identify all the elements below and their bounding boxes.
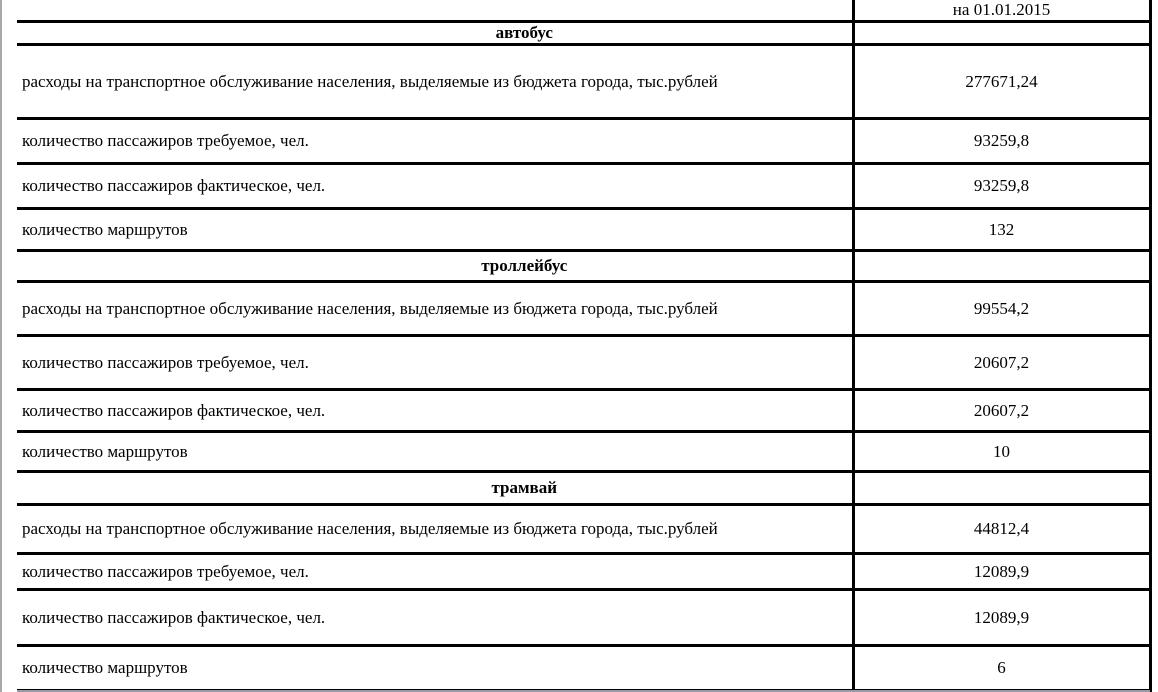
row-value: 20607,2 — [853, 390, 1150, 432]
table-row: количество пассажиров фактическое, чел. … — [17, 590, 1150, 646]
row-value: 12089,9 — [853, 590, 1150, 646]
section-title: троллейбус — [17, 251, 853, 282]
table-row: количество пассажиров фактическое, чел. … — [17, 390, 1150, 432]
row-value: 12089,9 — [853, 554, 1150, 590]
row-value: 44812,4 — [853, 505, 1150, 554]
table-row: количество маршрутов 10 — [17, 432, 1150, 472]
row-label: количество маршрутов — [17, 646, 853, 691]
row-label: количество пассажиров требуемое, чел. — [17, 119, 853, 164]
transport-data-table: на 01.01.2015 автобус расходы на транспо… — [17, 0, 1152, 692]
section-value-cell — [853, 22, 1150, 45]
table-row: количество маршрутов 6 — [17, 646, 1150, 691]
section-header-trolleybus: троллейбус — [17, 251, 1150, 282]
row-value: 93259,8 — [853, 164, 1150, 209]
table-row: расходы на транспортное обслуживание нас… — [17, 282, 1150, 336]
section-value-cell — [853, 251, 1150, 282]
row-value: 20607,2 — [853, 336, 1150, 390]
table-row: количество пассажиров требуемое, чел. 12… — [17, 554, 1150, 590]
row-label: количество маршрутов — [17, 432, 853, 472]
section-header-tram: трамвай — [17, 472, 1150, 505]
row-label: количество пассажиров требуемое, чел. — [17, 554, 853, 590]
row-label: расходы на транспортное обслуживание нас… — [17, 505, 853, 554]
row-value: 10 — [853, 432, 1150, 472]
row-label: расходы на транспортное обслуживание нас… — [17, 45, 853, 119]
section-title: автобус — [17, 22, 853, 45]
section-value-cell — [853, 472, 1150, 505]
row-label: количество маршрутов — [17, 209, 853, 251]
section-title: трамвай — [17, 472, 853, 505]
row-value: 99554,2 — [853, 282, 1150, 336]
row-label: количество пассажиров фактическое, чел. — [17, 164, 853, 209]
row-value: 6 — [853, 646, 1150, 691]
table-row: количество пассажиров требуемое, чел. 20… — [17, 336, 1150, 390]
table-row: расходы на транспортное обслуживание нас… — [17, 45, 1150, 119]
table-row: количество пассажиров требуемое, чел. 93… — [17, 119, 1150, 164]
row-value: 277671,24 — [853, 45, 1150, 119]
row-label: количество пассажиров требуемое, чел. — [17, 336, 853, 390]
row-label: количество пассажиров фактическое, чел. — [17, 590, 853, 646]
row-label: расходы на транспортное обслуживание нас… — [17, 282, 853, 336]
table-row: количество пассажиров фактическое, чел. … — [17, 164, 1150, 209]
header-label-cell — [17, 0, 853, 22]
table-row: количество маршрутов 132 — [17, 209, 1150, 251]
section-header-bus: автобус — [17, 22, 1150, 45]
page-left-edge — [0, 0, 2, 692]
header-date-cell: на 01.01.2015 — [853, 0, 1150, 22]
table-header-row: на 01.01.2015 — [17, 0, 1150, 22]
table-row: расходы на транспортное обслуживание нас… — [17, 505, 1150, 554]
row-value: 132 — [853, 209, 1150, 251]
row-label: количество пассажиров фактическое, чел. — [17, 390, 853, 432]
row-value: 93259,8 — [853, 119, 1150, 164]
